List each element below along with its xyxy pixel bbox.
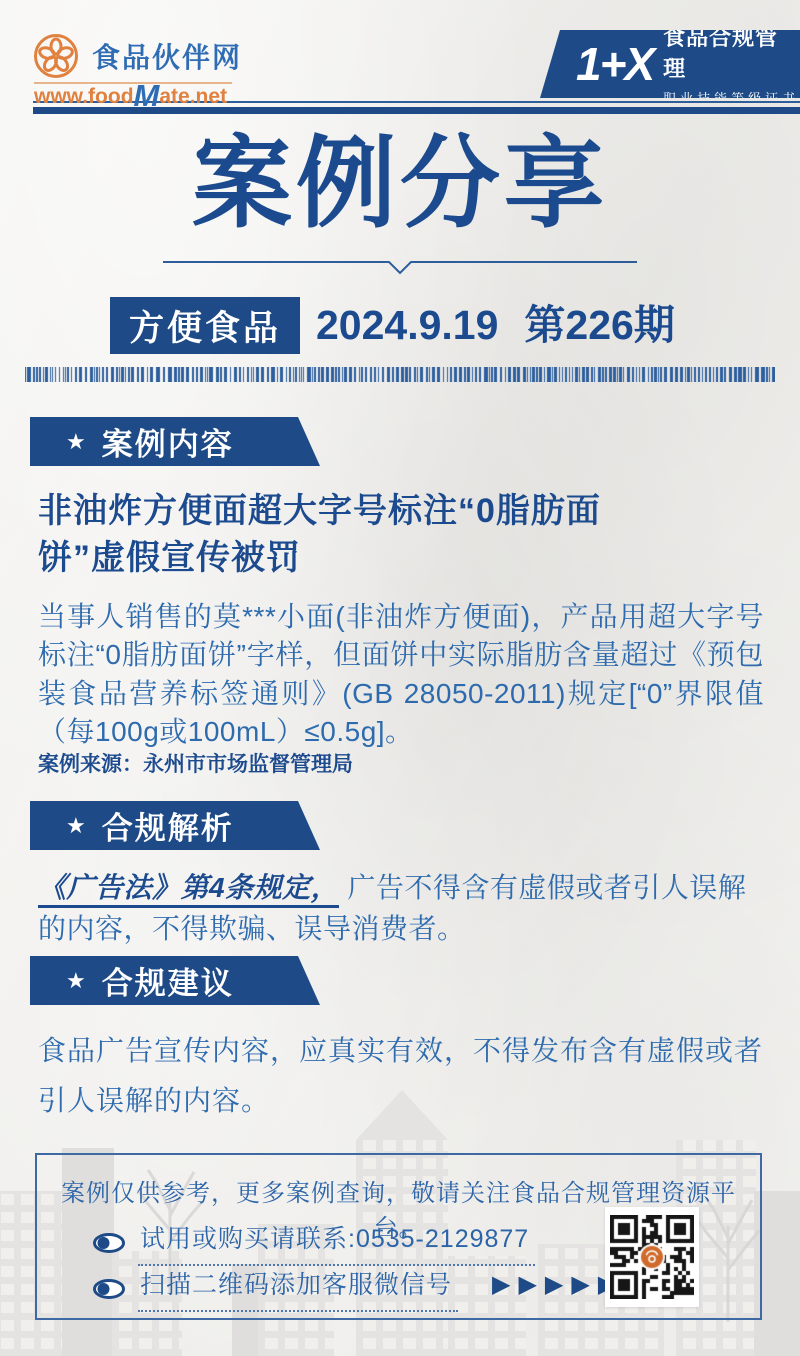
foodmate-logo: 食品伙伴网 www.foodMate.net [32,32,242,109]
foodmate-flower-icon [32,32,80,80]
eye-bullet-icon [92,1232,126,1254]
site-url: www.foodMate.net [34,84,242,109]
case-source: 案例来源：永州市市场监督管理局 [38,748,353,778]
site-url-m: M [134,78,160,113]
star-icon: ★ [66,968,86,994]
badge-title: 食品合规管理 [663,21,800,83]
site-name: 食品伙伴网 [92,36,242,76]
qr-code-tile [605,1207,699,1307]
qr-code [610,1215,694,1299]
section-header-advice: ★ 合规建议 [30,956,320,1005]
analysis-lead: 《广告法》第4条规定， [38,872,339,908]
issue-date: 2024.9.19 [316,302,498,348]
badge-program-label: 1+X [576,37,653,91]
badge-subtitle: 职业技能等级证书 [663,88,800,107]
star-icon: ★ [66,429,86,455]
section-label: 案例内容 [102,419,234,464]
site-url-suffix: ate.net [159,85,227,108]
certificate-badge: 1+X 食品合规管理 职业技能等级证书 [540,30,800,98]
eye-bullet-icon [92,1278,126,1300]
site-url-prefix: www.food [34,85,134,108]
contact-phone: 试用或购买请联系:0535-2129877 [138,1219,535,1266]
star-icon: ★ [66,813,86,839]
page-title: 案例分享 [0,126,800,242]
footer-contact-box: 案例仅供参考，更多案例查询，敬请关注食品合规管理资源平台。 试用或购买请联系:0… [35,1153,762,1320]
section-label: 合规解析 [102,803,234,848]
barcode-decoration [25,367,775,382]
analysis-text: 《广告法》第4条规定， 广告不得含有虚假或者引人误解的内容，不得欺骗、误导消费者… [38,868,764,949]
category-badge: 方便食品 [110,297,300,354]
footer-qr-row: 扫描二维码添加客服微信号 ▶▶▶▶▶ [92,1265,624,1312]
issue-line: 2024.9.19第226期 [316,297,675,354]
section-header-case-content: ★ 案例内容 [30,417,320,466]
case-body-text: 当事人销售的莫***小面(非油炸方便面)，产品用超大字号标注“0脂肪面饼”字样，… [38,598,764,751]
qr-hint: 扫描二维码添加客服微信号 [138,1265,458,1312]
issue-number: 第226期 [524,302,674,348]
case-sharing-poster: 食品伙伴网 www.foodMate.net 1+X 食品合规管理 职业技能等级… [0,0,800,1356]
footer-contact-row: 试用或购买请联系:0535-2129877 [92,1219,535,1266]
section-header-analysis: ★ 合规解析 [30,801,320,850]
case-headline: 非油炸方便面超大字号标注“0脂肪面饼”虚假宣传被罚 [38,488,678,582]
advice-text: 食品广告宣传内容，应真实有效，不得发布含有虚假或者引人误解的内容。 [38,1026,764,1127]
category-label: 方便食品 [129,301,281,351]
title-divider [163,260,637,276]
section-label: 合规建议 [102,958,234,1003]
